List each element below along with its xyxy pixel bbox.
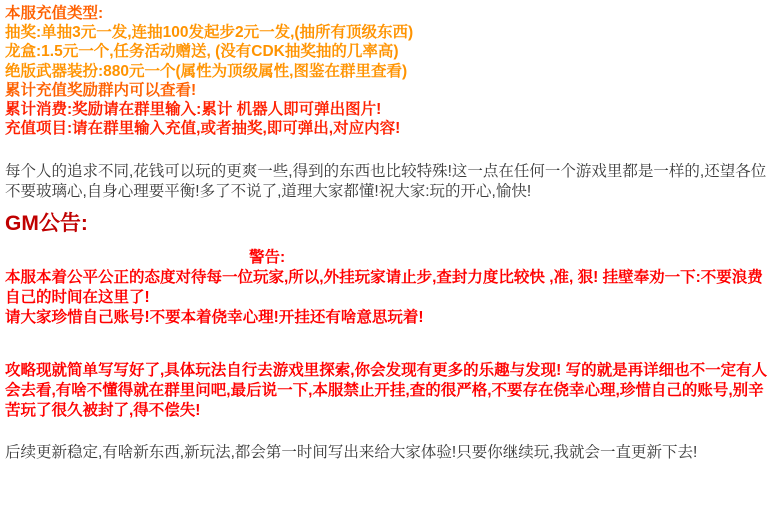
recharge-line-dragonbox: 龙盒:1.5元一个,任务活动赠送, (没有CDK抽奖抽的几率高)	[5, 42, 769, 61]
recharge-type-title: 本服充值类型:	[5, 4, 769, 23]
guide-paragraph: 攻略现就简单写写好了,具体玩法自行去游戏里探索,你会发现有更多的乐趣与发现! 写…	[5, 361, 769, 421]
recharge-line-cumulative-consume: 累计消费:奖励请在群里输入:累计 机器人即可弹出图片!	[5, 100, 769, 119]
recharge-line-lottery: 抽奖:单抽3元一发,连抽100发起步2元一发,(抽所有顶级东西)	[5, 23, 769, 42]
warning-paragraph-accounts: 请大家珍惜自己账号!不要本着侥幸心理!开挂还有啥意思玩着!	[5, 308, 769, 328]
recharge-line-recharge-items: 充值项目:请在群里输入充值,或者抽奖,即可弹出,对应内容!	[5, 119, 769, 138]
intro-paragraph: 每个人的追求不同,花钱可以玩的更爽一些,得到的东西也比较特殊!这一点在任何一个游…	[5, 162, 769, 202]
warning-heading: 警告:	[249, 248, 769, 268]
recharge-line-cumulative-reward: 累计充值奖励群内可以查看!	[5, 81, 769, 100]
update-promise-paragraph: 后续更新稳定,有啥新东西,新玩法,都会第一时间写出来给大家体验!只要你继续玩,我…	[5, 443, 769, 463]
announcement-document: 本服充值类型: 抽奖:单抽3元一发,连抽100发起步2元一发,(抽所有顶级东西)…	[0, 0, 774, 514]
warning-section: 警告: 本服本着公平公正的态度对待每一位玩家,所以,外挂玩家请止步,查封力度比较…	[5, 248, 769, 328]
gm-announcement-heading: GM公告:	[5, 211, 769, 236]
warning-paragraph-cheaters: 本服本着公平公正的态度对待每一位玩家,所以,外挂玩家请止步,查封力度比较快 ,准…	[5, 268, 769, 308]
recharge-section: 本服充值类型: 抽奖:单抽3元一发,连抽100发起步2元一发,(抽所有顶级东西)…	[5, 4, 769, 138]
recharge-line-weapon-skin: 绝版武器装扮:880元一个(属性为顶级属性,图鉴在群里查看)	[5, 62, 769, 81]
